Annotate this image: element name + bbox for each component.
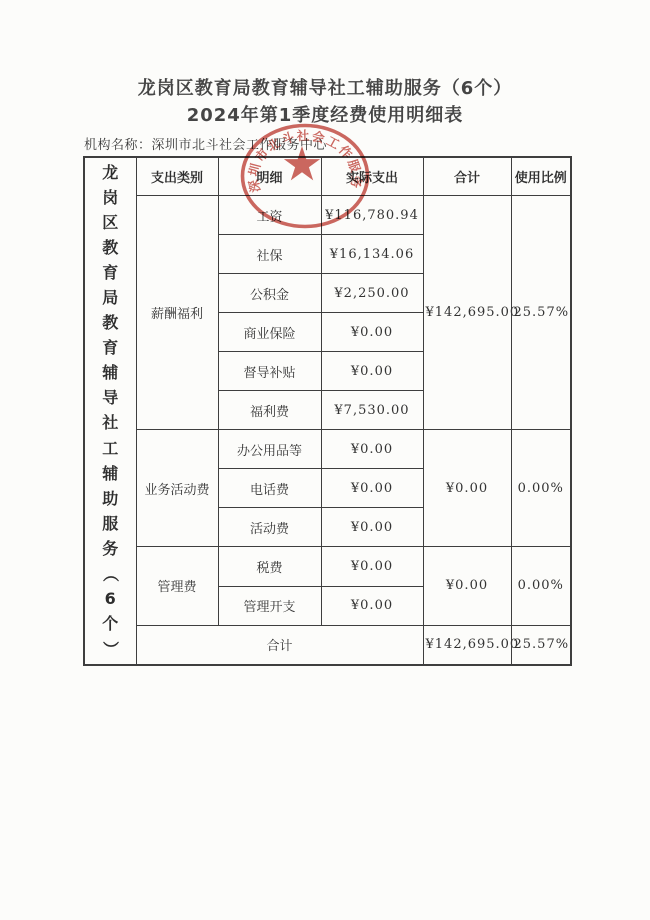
- amount-cell: ¥0.00: [321, 547, 423, 586]
- grand-total-label: 合计: [136, 625, 423, 665]
- amount-cell: ¥0.00: [321, 313, 423, 352]
- header-actual: 实际支出: [321, 157, 423, 196]
- amount-cell: ¥16,134.06: [321, 235, 423, 274]
- table-row: 薪酬福利 工资 ¥116,780.94 ¥142,695.00 25.57%: [84, 196, 571, 235]
- vertical-project-title-cell: 龙岗区教育局教育辅导社工辅助服务（6个）: [84, 157, 136, 665]
- detail-cell: 督导补贴: [218, 352, 321, 391]
- category-cell: 薪酬福利: [136, 196, 218, 430]
- detail-cell: 商业保险: [218, 313, 321, 352]
- detail-cell: 福利费: [218, 391, 321, 430]
- table-row: 业务活动费 办公用品等 ¥0.00 ¥0.00 0.00%: [84, 430, 571, 469]
- group-ratio-cell: 0.00%: [511, 547, 571, 625]
- scanned-document-page: 龙岗区教育局教育辅导社工辅助服务（6个） 2024年第1季度经费使用明细表 机构…: [0, 0, 650, 920]
- detail-cell: 公积金: [218, 274, 321, 313]
- detail-cell: 电话费: [218, 469, 321, 508]
- table-row: 管理费 税费 ¥0.00 ¥0.00 0.00%: [84, 547, 571, 586]
- group-total-cell: ¥0.00: [423, 430, 511, 547]
- category-cell: 业务活动费: [136, 430, 218, 547]
- group-ratio-cell: 25.57%: [511, 196, 571, 430]
- header-detail: 明细: [218, 157, 321, 196]
- org-name-value: 深圳市北斗社会工作服务中心: [152, 138, 328, 153]
- header-row: 龙岗区教育局教育辅导社工辅助服务（6个） 支出类别 明细 实际支出 合计 使用比…: [84, 157, 571, 196]
- detail-cell: 工资: [218, 196, 321, 235]
- amount-cell: ¥116,780.94: [321, 196, 423, 235]
- detail-cell: 活动费: [218, 508, 321, 547]
- grand-total-cell: ¥142,695.00: [423, 625, 511, 665]
- category-cell: 管理费: [136, 547, 218, 625]
- header-total: 合计: [423, 157, 511, 196]
- page-title-line2: 2024年第1季度经费使用明细表: [0, 101, 650, 127]
- header-ratio: 使用比例: [511, 157, 571, 196]
- amount-cell: ¥0.00: [321, 469, 423, 508]
- amount-cell: ¥0.00: [321, 586, 423, 625]
- amount-cell: ¥0.00: [321, 352, 423, 391]
- group-ratio-cell: 0.00%: [511, 430, 571, 547]
- detail-cell: 社保: [218, 235, 321, 274]
- org-name-label: 机构名称：: [84, 138, 152, 153]
- expense-table: 龙岗区教育局教育辅导社工辅助服务（6个） 支出类别 明细 实际支出 合计 使用比…: [83, 156, 572, 666]
- group-total-cell: ¥0.00: [423, 547, 511, 625]
- vertical-project-title: 龙岗区教育局教育辅导社工辅助服务（6个）: [87, 158, 134, 664]
- group-total-cell: ¥142,695.00: [423, 196, 511, 430]
- grand-total-ratio-cell: 25.57%: [511, 625, 571, 665]
- detail-cell: 管理开支: [218, 586, 321, 625]
- amount-cell: ¥2,250.00: [321, 274, 423, 313]
- amount-cell: ¥0.00: [321, 430, 423, 469]
- grand-total-row: 合计 ¥142,695.00 25.57%: [84, 625, 571, 665]
- detail-cell: 税费: [218, 547, 321, 586]
- page-title-line1: 龙岗区教育局教育辅导社工辅助服务（6个）: [0, 74, 650, 100]
- amount-cell: ¥7,530.00: [321, 391, 423, 430]
- detail-cell: 办公用品等: [218, 430, 321, 469]
- org-name-line: 机构名称：深圳市北斗社会工作服务中心: [84, 134, 327, 153]
- amount-cell: ¥0.00: [321, 508, 423, 547]
- header-category: 支出类别: [136, 157, 218, 196]
